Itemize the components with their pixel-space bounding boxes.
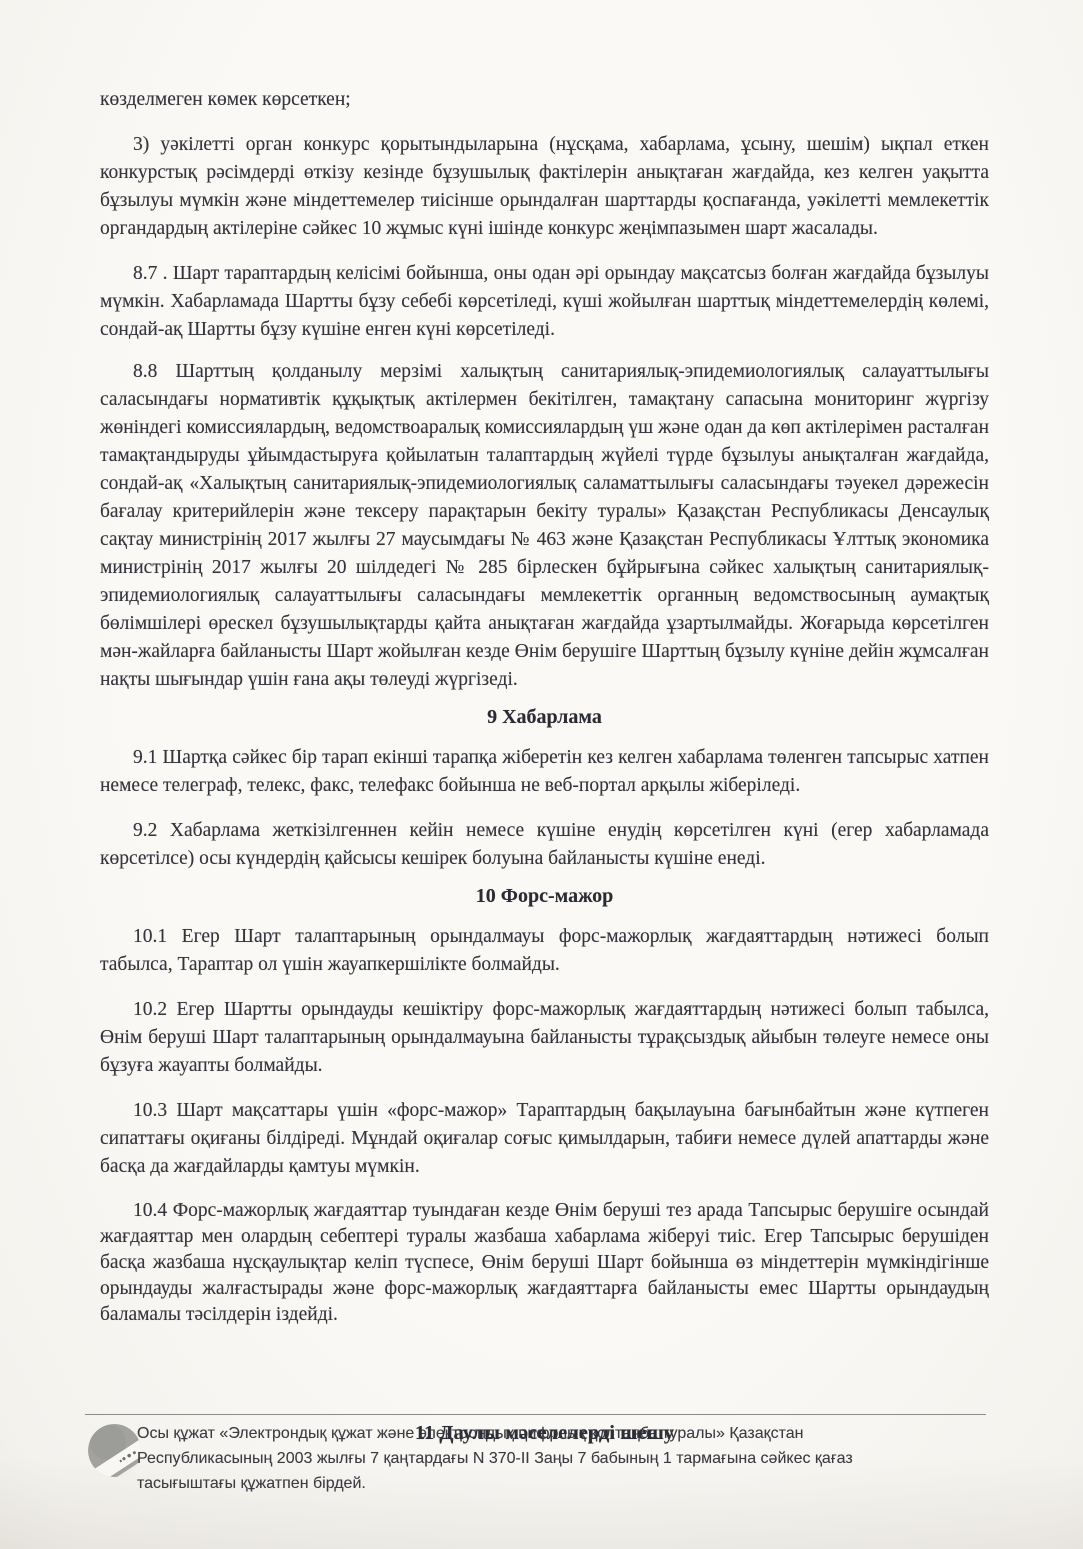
digital-signature-stamp-icon bbox=[88, 1424, 141, 1477]
paragraph-10-4: 10.4 Форс-мажорлық жағдаяттар туындаған … bbox=[100, 1198, 989, 1328]
section-heading-9-notification: 9 Хабарлама bbox=[100, 703, 989, 731]
paragraph-9-1: 9.1 Шартқа сәйкес бір тарап екінші тарап… bbox=[100, 744, 989, 800]
section-heading-10-force-majeure: 10 Форс-мажор bbox=[100, 882, 989, 910]
paragraph-9-2: 9.2 Хабарлама жеткізілгеннен кейін немес… bbox=[100, 817, 989, 873]
paragraph-continuation: көзделмеген көмек көрсеткен; bbox=[100, 86, 989, 114]
footer-divider bbox=[85, 1414, 986, 1415]
scanned-contract-page: көзделмеген көмек көрсеткен; 3) уәкілетт… bbox=[0, 0, 1083, 1549]
paragraph-10-2: 10.2 Егер Шартты орындауды кешіктіру фор… bbox=[100, 996, 989, 1080]
paragraph-8-8: 8.8 Шарттың қолданылу мерзімі халықтың с… bbox=[100, 358, 989, 694]
document-body: көзделмеген көмек көрсеткен; 3) уәкілетт… bbox=[100, 86, 989, 1328]
footer-legal-note: Осы құжат «Электрондық құжат және электр… bbox=[137, 1421, 917, 1496]
paragraph-item-3: 3) уәкілетті орган конкурс қорытындылары… bbox=[100, 131, 989, 243]
paragraph-10-1: 10.1 Егер Шарт талаптарының орындалмауы … bbox=[100, 923, 989, 979]
paragraph-10-3: 10.3 Шарт мақсаттары үшін «форс-мажор» Т… bbox=[100, 1097, 989, 1181]
paragraph-8-7: 8.7 . Шарт тараптардың келісімі бойынша,… bbox=[100, 260, 989, 344]
